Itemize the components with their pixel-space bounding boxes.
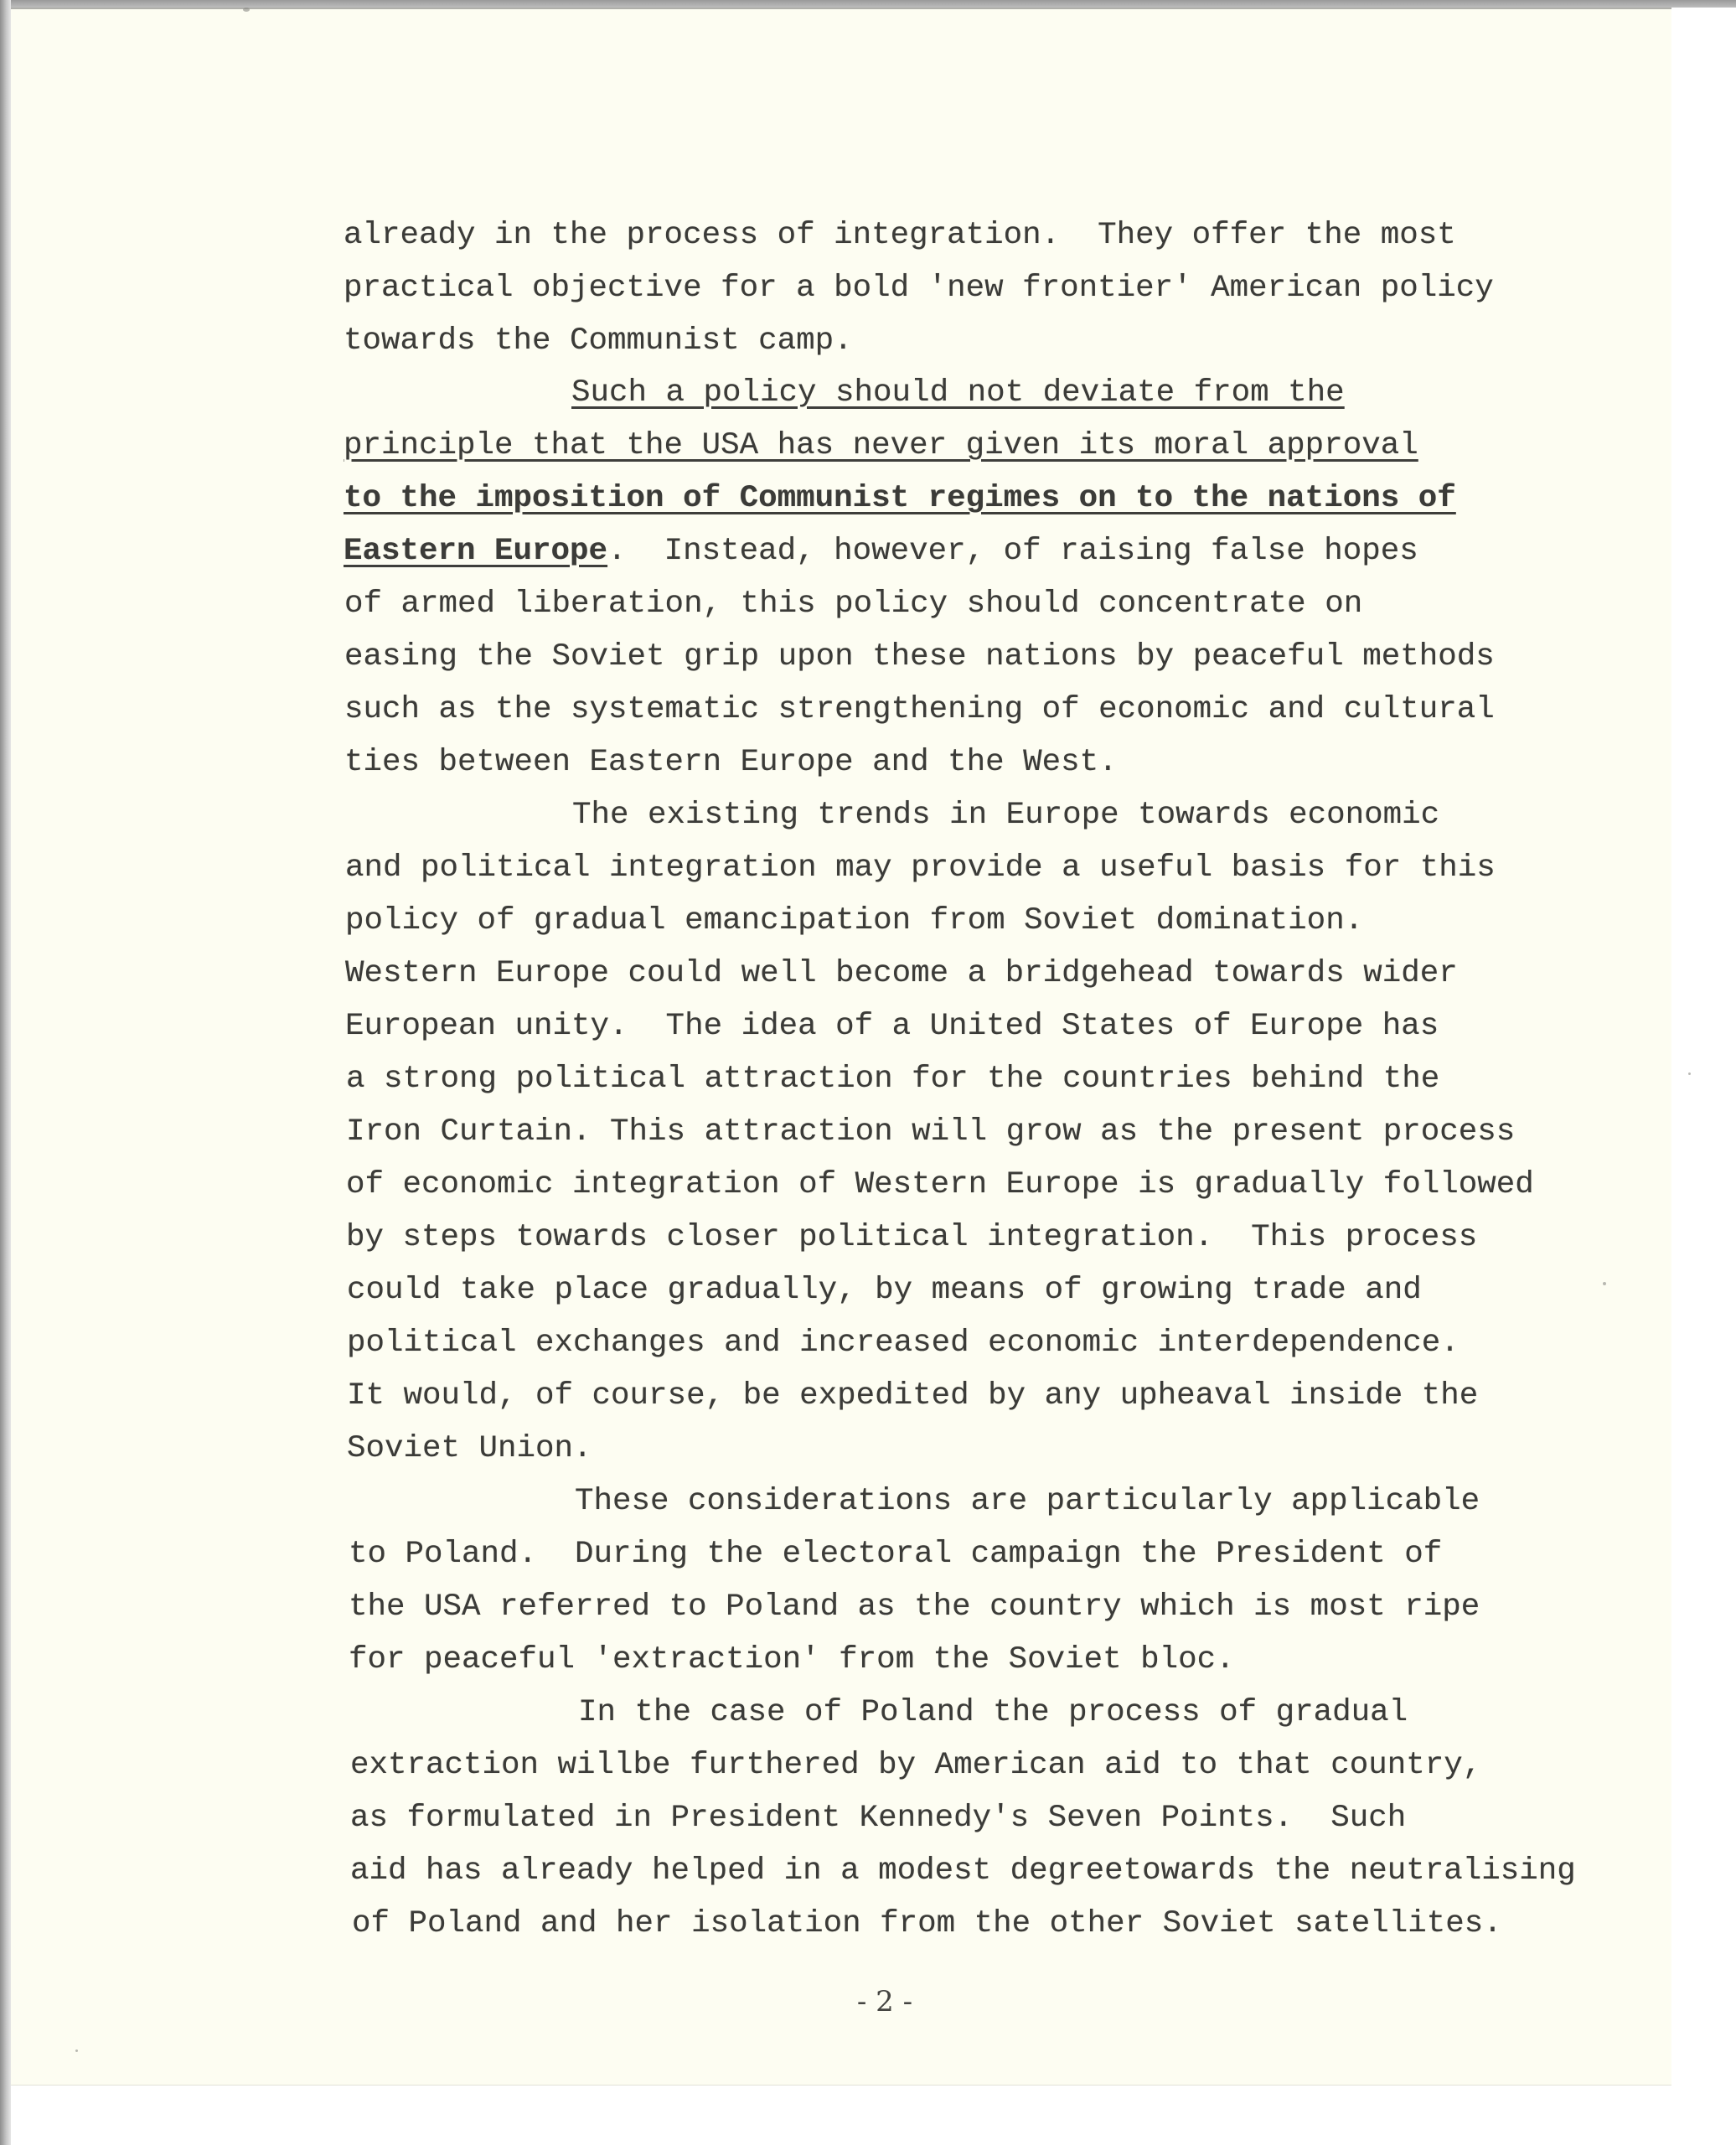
text-line-underlined: Such a policy should not deviate from th…	[571, 376, 1345, 410]
text-line: aid has already helped in a modest degre…	[350, 1854, 1576, 1888]
text-line: for peaceful 'extraction' from the Sovie…	[349, 1643, 1235, 1677]
text-line: Soviet Union.	[347, 1432, 592, 1465]
underlined-text: to the imposition of Communist regimes o…	[344, 481, 1456, 516]
text-line: Western Europe could well become a bridg…	[345, 957, 1458, 990]
text-line: of economic integration of Western Europ…	[346, 1168, 1534, 1202]
text-line: such as the systematic strengthening of …	[344, 693, 1495, 726]
underlined-text: principle that the USA has never given i…	[344, 428, 1418, 463]
text-line: political exchanges and increased econom…	[347, 1326, 1460, 1360]
text-line: the USA referred to Poland as the countr…	[349, 1590, 1480, 1624]
text-line: towards the Communist camp.	[344, 324, 853, 358]
text-line: In the case of Poland the process of gra…	[578, 1696, 1408, 1729]
underlined-text: Such a policy should not deviate from th…	[571, 375, 1345, 411]
text-line: European unity. The idea of a United Sta…	[345, 1010, 1439, 1043]
paper-speck	[1688, 1072, 1691, 1075]
text-line: The existing trends in Europe towards ec…	[572, 799, 1439, 832]
text-line: of armed liberation, this policy should …	[344, 587, 1362, 621]
text-line: a strong political attraction for the co…	[346, 1062, 1439, 1096]
text-line: easing the Soviet grip upon these nation…	[344, 640, 1495, 674]
text-line-underlined: principle that the USA has never given i…	[344, 429, 1418, 463]
text-line: as formulated in President Kennedy's Sev…	[350, 1801, 1406, 1835]
text-line: of Poland and her isolation from the oth…	[352, 1907, 1502, 1941]
text-line: extraction willbe furthered by American …	[350, 1749, 1481, 1782]
underlined-text: Eastern Europe	[344, 534, 607, 569]
text-line: and political integration may provide a …	[345, 851, 1496, 885]
text-line: These considerations are particularly ap…	[575, 1485, 1480, 1518]
text-line-underlined: to the imposition of Communist regimes o…	[344, 482, 1456, 515]
page-number: - 2 -	[0, 1985, 1736, 2018]
text-line: ties between Eastern Europe and the West…	[344, 746, 1118, 779]
text-line: Eastern Europe. Instead, however, of rai…	[344, 535, 1418, 568]
text-line: to Poland. During the electoral campaign…	[349, 1538, 1442, 1571]
text-line: by steps towards closer political integr…	[346, 1221, 1477, 1254]
text-line: Iron Curtain. This attraction will grow …	[346, 1115, 1515, 1149]
paper-speck	[1603, 1282, 1606, 1285]
text-line: practical objective for a bold 'new fron…	[344, 271, 1494, 305]
text-line: already in the process of integration. T…	[344, 219, 1456, 252]
page-top-edge	[11, 8, 1671, 9]
text-line: It would, of course, be expedited by any…	[347, 1379, 1478, 1413]
text-line: could take place gradually, by means of …	[347, 1274, 1422, 1307]
paper-speck	[75, 2049, 78, 2052]
text-line: policy of gradual emancipation from Sovi…	[345, 904, 1363, 938]
scanner-top-edge	[0, 0, 1736, 8]
paper-speck	[243, 8, 250, 12]
scanner-left-edge	[0, 0, 11, 2145]
